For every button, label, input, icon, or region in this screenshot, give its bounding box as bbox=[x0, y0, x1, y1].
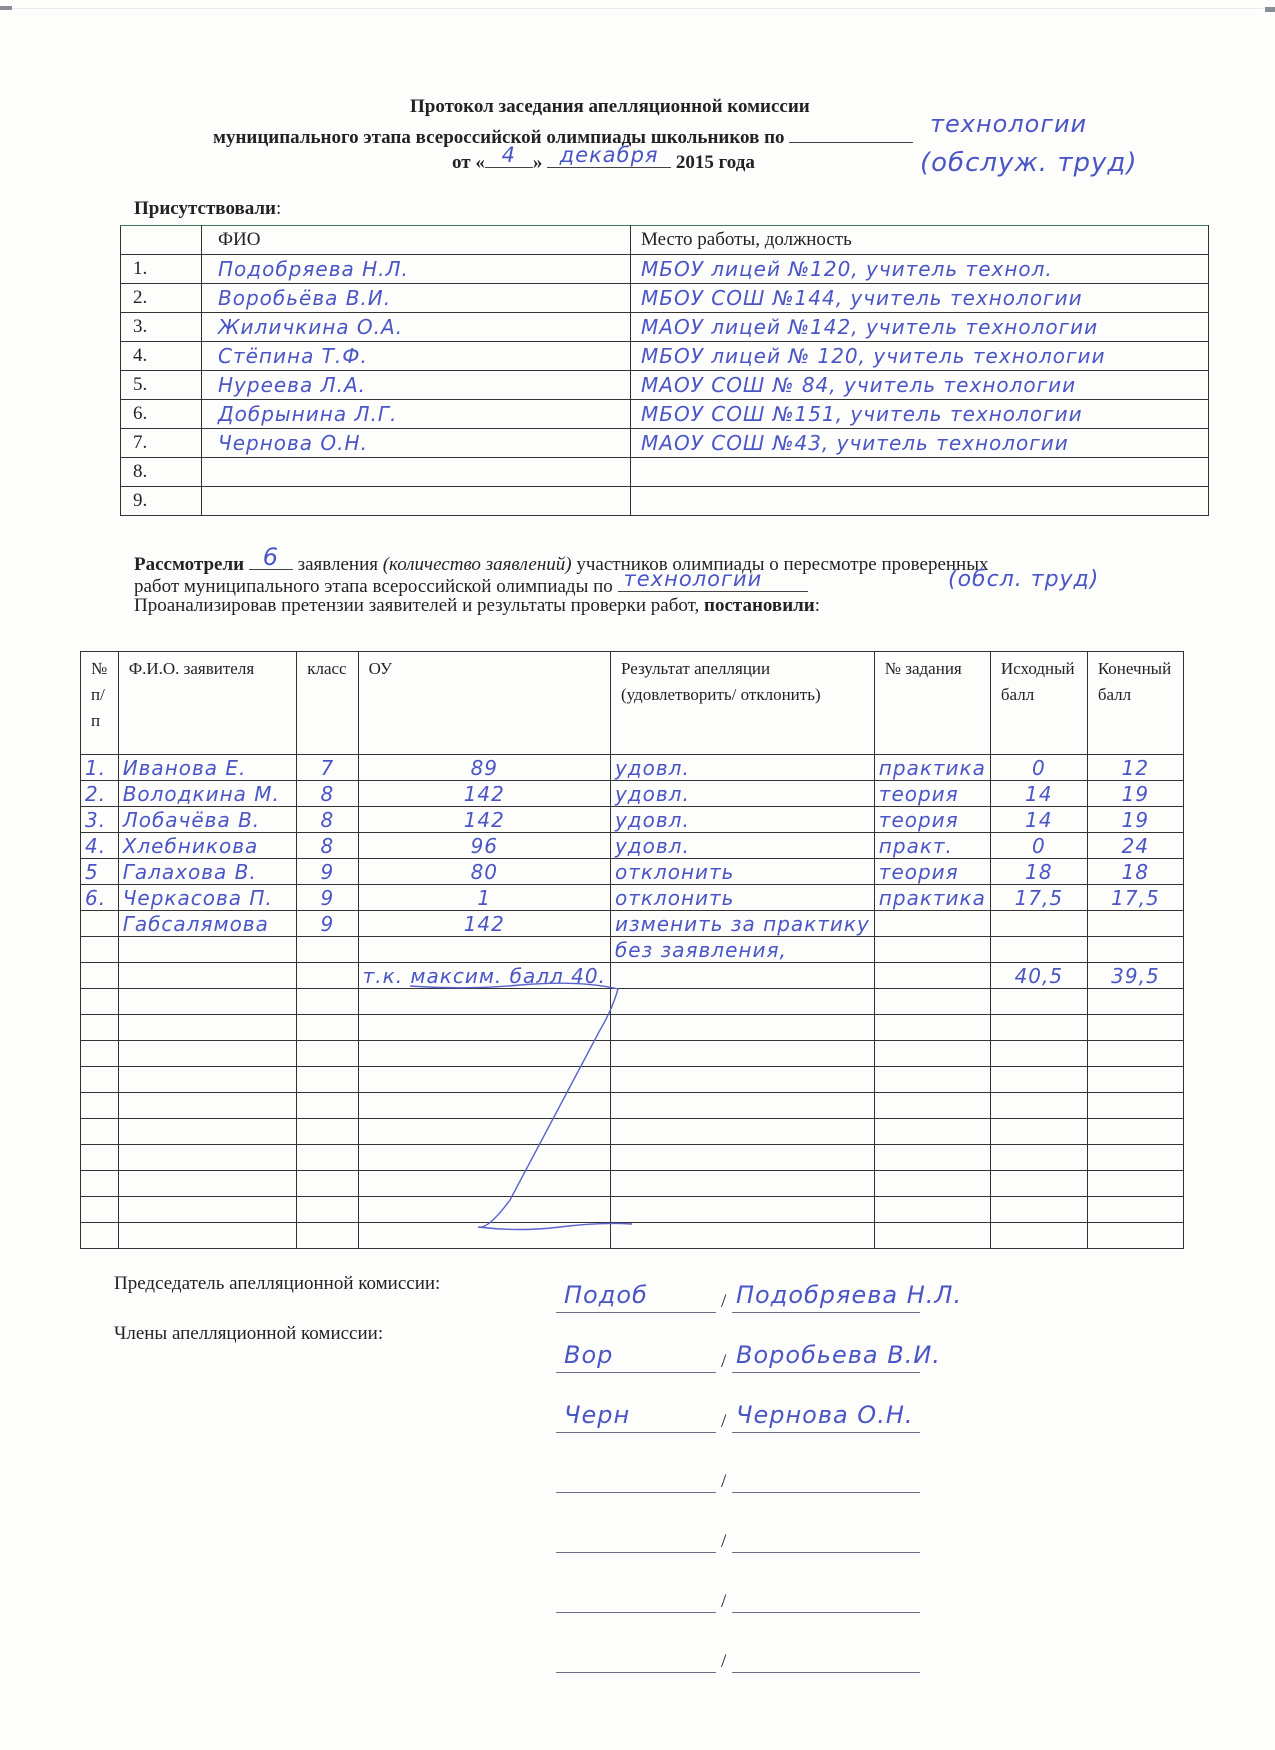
date-mid: » bbox=[533, 152, 543, 173]
appeal-name: Галахова В. bbox=[118, 859, 297, 885]
appeal-result bbox=[610, 1171, 874, 1197]
appeal-grade bbox=[297, 989, 358, 1015]
day-handwritten: 4 bbox=[485, 143, 533, 167]
col-header-result: Результат апелляции (удовлетворить/ откл… bbox=[610, 652, 874, 755]
appeal-row bbox=[81, 989, 1184, 1015]
appeal-result bbox=[610, 1223, 874, 1249]
appeal-name bbox=[118, 1145, 297, 1171]
appeal-row: 1.Иванова Е.789удовл.практика012 bbox=[81, 755, 1184, 781]
appeal-final: 18 bbox=[1087, 859, 1183, 885]
appeal-row bbox=[81, 1093, 1184, 1119]
attendee-name: Чернова О.Н. bbox=[202, 429, 631, 458]
attendee-row: 5.Нуреева Л.А.МАОУ СОШ № 84, учитель тех… bbox=[121, 371, 1209, 400]
appeal-num: 2. bbox=[81, 781, 119, 807]
appeal-row: без заявления, bbox=[81, 937, 1184, 963]
appeal-result bbox=[610, 1093, 874, 1119]
appeal-task bbox=[874, 989, 990, 1015]
appeal-name bbox=[118, 937, 297, 963]
col-header-applicant-name: Ф.И.О. заявителя bbox=[118, 652, 297, 755]
appeal-num bbox=[81, 1041, 119, 1067]
name-line bbox=[732, 1642, 920, 1673]
appeal-task bbox=[874, 1015, 990, 1041]
appeal-num bbox=[81, 911, 119, 937]
appeal-school: 142 bbox=[358, 911, 610, 937]
appeal-name bbox=[118, 989, 297, 1015]
signature-line bbox=[556, 1582, 716, 1613]
appeal-school bbox=[358, 1119, 610, 1145]
appeal-name bbox=[118, 963, 297, 989]
attendee-workplace: МБОУ лицей №120, учитель технол. bbox=[631, 255, 1209, 284]
appeal-name: Лобачёва В. bbox=[118, 807, 297, 833]
appeal-name: Габсалямова bbox=[118, 911, 297, 937]
attendee-num: 1. bbox=[121, 255, 202, 284]
appeal-result: отклонить bbox=[610, 885, 874, 911]
appeal-task bbox=[874, 1145, 990, 1171]
col-header-initial-score: Исходный балл bbox=[990, 652, 1087, 755]
appeal-grade: 9 bbox=[297, 911, 358, 937]
appeal-school bbox=[358, 1093, 610, 1119]
appeal-num: 1. bbox=[81, 755, 119, 781]
signature-separator: / bbox=[721, 1351, 726, 1373]
name-line: Воробьева В.И. bbox=[732, 1342, 920, 1373]
appeal-result bbox=[610, 1145, 874, 1171]
appeal-num bbox=[81, 963, 119, 989]
scan-edge-mark bbox=[1265, 7, 1275, 12]
attendee-workplace: МАОУ СОШ № 84, учитель технологии bbox=[631, 371, 1209, 400]
attendee-workplace: МБОУ СОШ №151, учитель технологии bbox=[631, 400, 1209, 429]
appeal-num: 3. bbox=[81, 807, 119, 833]
attendee-name bbox=[202, 458, 631, 487]
appeal-school: 142 bbox=[358, 807, 610, 833]
appeal-school: т.к. максим. балл 40. bbox=[358, 963, 610, 989]
appeal-school bbox=[358, 1171, 610, 1197]
appeal-grade: 9 bbox=[297, 859, 358, 885]
appeal-num bbox=[81, 1119, 119, 1145]
count-blank: 6 bbox=[249, 547, 293, 570]
appeal-row: 2.Володкина М.8142удовл.теория1419 bbox=[81, 781, 1184, 807]
appeal-initial: 14 bbox=[990, 781, 1087, 807]
appeal-name bbox=[118, 1067, 297, 1093]
signature-line: Вор bbox=[556, 1342, 716, 1373]
appeal-final: 24 bbox=[1087, 833, 1183, 859]
appeal-grade: 9 bbox=[297, 885, 358, 911]
appeal-row: Габсалямова9142изменить за практику bbox=[81, 911, 1184, 937]
appeal-final bbox=[1087, 1015, 1183, 1041]
appeal-initial bbox=[990, 1041, 1087, 1067]
appeal-task bbox=[874, 1093, 990, 1119]
appeal-result: изменить за практику bbox=[610, 911, 874, 937]
appeal-task: теория bbox=[874, 781, 990, 807]
month-handwritten: декабря bbox=[547, 143, 671, 167]
appeal-school bbox=[358, 1145, 610, 1171]
appeal-final bbox=[1087, 937, 1183, 963]
day-blank: 4 bbox=[485, 147, 533, 168]
signature-row: / bbox=[556, 1463, 920, 1493]
name-line bbox=[732, 1582, 920, 1613]
appeal-num bbox=[81, 1145, 119, 1171]
signature-line: Черн bbox=[556, 1402, 716, 1433]
signatory-name: Чернова О.Н. bbox=[736, 1401, 914, 1429]
appeal-num bbox=[81, 1223, 119, 1249]
appeal-initial bbox=[990, 1119, 1087, 1145]
signature-separator: / bbox=[721, 1651, 726, 1673]
appeal-name bbox=[118, 1015, 297, 1041]
appeal-school bbox=[358, 1067, 610, 1093]
attendee-workplace bbox=[631, 458, 1209, 487]
appeal-row: 6.Черкасова П.91отклонитьпрактика17,517,… bbox=[81, 885, 1184, 911]
appeal-num: 6. bbox=[81, 885, 119, 911]
review-subject-blank: технологии bbox=[618, 571, 808, 592]
appeal-task bbox=[874, 1171, 990, 1197]
appeal-row bbox=[81, 1171, 1184, 1197]
appeal-school bbox=[358, 989, 610, 1015]
attendee-row: 3.Жиличкина О.А.МАОУ лицей №142, учитель… bbox=[121, 313, 1209, 342]
appeal-result bbox=[610, 1197, 874, 1223]
appeals-header-row: № п/пФ.И.О. заявителяклассОУРезультат ап… bbox=[81, 652, 1184, 755]
appeal-final bbox=[1087, 1197, 1183, 1223]
review-subject-extra: (обсл. труд) bbox=[948, 567, 1099, 592]
appeal-school: 80 bbox=[358, 859, 610, 885]
appeal-row bbox=[81, 1015, 1184, 1041]
appeal-school bbox=[358, 1223, 610, 1249]
appeal-row bbox=[81, 1223, 1184, 1249]
appeal-initial bbox=[990, 1145, 1087, 1171]
attendee-num: 4. bbox=[121, 342, 202, 371]
appeal-num: 5 bbox=[81, 859, 119, 885]
appeal-final bbox=[1087, 1223, 1183, 1249]
appeal-task bbox=[874, 1041, 990, 1067]
appeal-name bbox=[118, 1223, 297, 1249]
appeal-final: 19 bbox=[1087, 807, 1183, 833]
appeal-initial bbox=[990, 911, 1087, 937]
appeal-name: Черкасова П. bbox=[118, 885, 297, 911]
appeal-initial bbox=[990, 937, 1087, 963]
attendee-num: 2. bbox=[121, 284, 202, 313]
attendee-workplace: МБОУ СОШ №144, учитель технологии bbox=[631, 284, 1209, 313]
appeal-initial bbox=[990, 989, 1087, 1015]
chair-label: Председатель апелляционной комиссии: bbox=[114, 1273, 440, 1295]
appeal-task: практ. bbox=[874, 833, 990, 859]
appeal-task: теория bbox=[874, 859, 990, 885]
appeal-final bbox=[1087, 1067, 1183, 1093]
signature-line bbox=[556, 1522, 716, 1553]
appeal-final bbox=[1087, 1145, 1183, 1171]
scan-top-edge bbox=[12, 8, 1263, 9]
appeal-name: Иванова Е. bbox=[118, 755, 297, 781]
attendees-header-row: ФИО Место работы, должность bbox=[121, 226, 1209, 255]
col-header-grade: класс bbox=[297, 652, 358, 755]
appeal-final: 12 bbox=[1087, 755, 1183, 781]
appeal-initial bbox=[990, 1223, 1087, 1249]
appeal-initial bbox=[990, 1171, 1087, 1197]
subject-handwritten-2: (обслуж. труд) bbox=[920, 148, 1138, 178]
decided-colon: : bbox=[815, 595, 820, 616]
appeal-school bbox=[358, 1015, 610, 1041]
appeal-task bbox=[874, 1197, 990, 1223]
attendee-num: 8. bbox=[121, 458, 202, 487]
appeal-result bbox=[610, 1041, 874, 1067]
appeal-final bbox=[1087, 911, 1183, 937]
appeal-num bbox=[81, 1093, 119, 1119]
name-line bbox=[732, 1462, 920, 1493]
appeal-task bbox=[874, 963, 990, 989]
appeal-name bbox=[118, 1171, 297, 1197]
appeal-school: 89 bbox=[358, 755, 610, 781]
appeal-row bbox=[81, 1041, 1184, 1067]
signatory-name: Подобряева Н.Л. bbox=[736, 1281, 962, 1309]
appeal-num: 4. bbox=[81, 833, 119, 859]
review-line2-text: работ муниципального этапа всероссийской… bbox=[134, 576, 613, 597]
appeal-num bbox=[81, 1015, 119, 1041]
month-blank: декабря bbox=[547, 147, 671, 168]
review-paragraph-line-3: Проанализировав претензии заявителей и р… bbox=[134, 595, 820, 617]
appeal-grade bbox=[297, 1093, 358, 1119]
signatory-name: Воробьева В.И. bbox=[736, 1341, 941, 1369]
appeal-grade bbox=[297, 1015, 358, 1041]
col-header-num bbox=[121, 226, 202, 255]
signature-row: Вор/Воробьева В.И. bbox=[556, 1343, 920, 1373]
appeal-school: 142 bbox=[358, 781, 610, 807]
appeals-table: № п/пФ.И.О. заявителяклассОУРезультат ап… bbox=[80, 651, 1184, 1249]
date-year: 2015 года bbox=[676, 152, 755, 173]
signature-line bbox=[556, 1642, 716, 1673]
signature: Подоб bbox=[564, 1281, 648, 1309]
appeal-initial bbox=[990, 1015, 1087, 1041]
attendee-name: Добрынина Л.Г. bbox=[202, 400, 631, 429]
name-line: Подобряева Н.Л. bbox=[732, 1282, 920, 1313]
signature-separator: / bbox=[721, 1471, 726, 1493]
appeal-final bbox=[1087, 989, 1183, 1015]
col-header-num: № п/п bbox=[81, 652, 119, 755]
appeal-grade bbox=[297, 1171, 358, 1197]
subject-blank bbox=[789, 122, 913, 143]
attendee-name: Нуреева Л.А. bbox=[202, 371, 631, 400]
appeal-initial: 18 bbox=[990, 859, 1087, 885]
attendee-num: 7. bbox=[121, 429, 202, 458]
attendee-workplace: МБОУ лицей № 120, учитель технологии bbox=[631, 342, 1209, 371]
col-header-school: ОУ bbox=[358, 652, 610, 755]
attendee-row: 9. bbox=[121, 487, 1209, 516]
appeal-task bbox=[874, 1119, 990, 1145]
signature-row: Черн/Чернова О.Н. bbox=[556, 1403, 920, 1433]
title-line-3-date: от «4» декабря 2015 года bbox=[452, 147, 755, 174]
appeal-result bbox=[610, 989, 874, 1015]
signature-row: Подоб/Подобряева Н.Л. bbox=[556, 1283, 920, 1313]
attendees-label: Присутствовали: bbox=[134, 198, 281, 220]
appeal-task: практика bbox=[874, 755, 990, 781]
appeal-initial bbox=[990, 1093, 1087, 1119]
appeal-school bbox=[358, 937, 610, 963]
attendee-row: 6.Добрынина Л.Г.МБОУ СОШ №151, учитель т… bbox=[121, 400, 1209, 429]
attendee-name: Подобряева Н.Л. bbox=[202, 255, 631, 284]
members-label: Члены апелляционной комиссии: bbox=[114, 1323, 383, 1345]
review-subject-handwritten: технологии bbox=[618, 567, 808, 591]
attendee-row: 1.Подобряева Н.Л.МБОУ лицей №120, учител… bbox=[121, 255, 1209, 284]
appeal-task: теория bbox=[874, 807, 990, 833]
appeal-final bbox=[1087, 1093, 1183, 1119]
appeal-final bbox=[1087, 1041, 1183, 1067]
appeal-row bbox=[81, 1197, 1184, 1223]
appeal-grade: 8 bbox=[297, 807, 358, 833]
appeal-school: 96 bbox=[358, 833, 610, 859]
appeal-row: 4.Хлебникова896удовл.практ.024 bbox=[81, 833, 1184, 859]
appeal-initial: 0 bbox=[990, 833, 1087, 859]
appeal-final: 39,5 bbox=[1087, 963, 1183, 989]
appeal-grade bbox=[297, 1145, 358, 1171]
attendee-row: 7.Чернова О.Н.МАОУ СОШ №43, учитель техн… bbox=[121, 429, 1209, 458]
appeal-grade bbox=[297, 1041, 358, 1067]
signature-line bbox=[556, 1462, 716, 1493]
attendee-name: Жиличкина О.А. bbox=[202, 313, 631, 342]
appeal-initial bbox=[990, 1067, 1087, 1093]
attendee-num: 5. bbox=[121, 371, 202, 400]
appeal-task bbox=[874, 937, 990, 963]
appeal-initial bbox=[990, 1197, 1087, 1223]
appeal-school: 1 bbox=[358, 885, 610, 911]
signature-separator: / bbox=[721, 1291, 726, 1313]
appeal-result bbox=[610, 1015, 874, 1041]
title-line-1: Протокол заседания апелляционной комисси… bbox=[410, 96, 810, 118]
appeal-grade bbox=[297, 963, 358, 989]
attendee-row: 8. bbox=[121, 458, 1209, 487]
appeal-grade bbox=[297, 937, 358, 963]
appeal-task bbox=[874, 1223, 990, 1249]
appeal-result: удовл. bbox=[610, 807, 874, 833]
col-header-workplace: Место работы, должность bbox=[631, 226, 1209, 255]
appeal-num bbox=[81, 1171, 119, 1197]
signature-separator: / bbox=[721, 1531, 726, 1553]
appeal-result: удовл. bbox=[610, 755, 874, 781]
appeal-result: отклонить bbox=[610, 859, 874, 885]
appeal-final bbox=[1087, 1119, 1183, 1145]
col-header-fio: ФИО bbox=[202, 226, 631, 255]
signature-row: / bbox=[556, 1523, 920, 1553]
appeal-initial: 14 bbox=[990, 807, 1087, 833]
appeal-row bbox=[81, 1145, 1184, 1171]
appeal-name bbox=[118, 1041, 297, 1067]
review-line3-text: Проанализировав претензии заявителей и р… bbox=[134, 595, 699, 616]
appeal-final bbox=[1087, 1171, 1183, 1197]
appeal-name: Володкина М. bbox=[118, 781, 297, 807]
attendee-workplace bbox=[631, 487, 1209, 516]
count-handwritten: 6 bbox=[249, 543, 293, 571]
name-line: Чернова О.Н. bbox=[732, 1402, 920, 1433]
appeal-num bbox=[81, 989, 119, 1015]
attendees-table: ФИО Место работы, должность 1.Подобряева… bbox=[120, 225, 1209, 516]
appeal-name bbox=[118, 1119, 297, 1145]
appeal-initial: 17,5 bbox=[990, 885, 1087, 911]
appeal-result: удовл. bbox=[610, 781, 874, 807]
appeal-result bbox=[610, 963, 874, 989]
name-line bbox=[732, 1522, 920, 1553]
appeal-grade: 8 bbox=[297, 781, 358, 807]
attendee-num: 3. bbox=[121, 313, 202, 342]
col-header-task-number: № задания bbox=[874, 652, 990, 755]
attendee-name bbox=[202, 487, 631, 516]
appeal-initial: 40,5 bbox=[990, 963, 1087, 989]
appeal-grade: 7 bbox=[297, 755, 358, 781]
signature-separator: / bbox=[721, 1591, 726, 1613]
signature-line: Подоб bbox=[556, 1282, 716, 1313]
review-paragraph-line-2: работ муниципального этапа всероссийской… bbox=[134, 571, 808, 598]
appeal-result: удовл. bbox=[610, 833, 874, 859]
appeal-num bbox=[81, 1197, 119, 1223]
signature-separator: / bbox=[721, 1411, 726, 1433]
col-header-final-score: Конечный балл bbox=[1087, 652, 1183, 755]
attendee-name: Воробьёва В.И. bbox=[202, 284, 631, 313]
signature-row: / bbox=[556, 1583, 920, 1613]
appeal-school bbox=[358, 1041, 610, 1067]
attendee-workplace: МАОУ СОШ №43, учитель технологии bbox=[631, 429, 1209, 458]
appeal-name: Хлебникова bbox=[118, 833, 297, 859]
appeal-row bbox=[81, 1067, 1184, 1093]
appeal-grade bbox=[297, 1223, 358, 1249]
appeal-row: 5Галахова В.980отклонитьтеория1818 bbox=[81, 859, 1184, 885]
appeal-num bbox=[81, 937, 119, 963]
appeal-task bbox=[874, 911, 990, 937]
appeal-row bbox=[81, 1119, 1184, 1145]
appeal-grade: 8 bbox=[297, 833, 358, 859]
appeal-result bbox=[610, 1067, 874, 1093]
appeal-grade bbox=[297, 1067, 358, 1093]
signature: Черн bbox=[564, 1401, 630, 1429]
signature-row: / bbox=[556, 1643, 920, 1673]
appeal-row: 3.Лобачёва В.8142удовл.теория1419 bbox=[81, 807, 1184, 833]
appeal-initial: 0 bbox=[990, 755, 1087, 781]
appeal-grade bbox=[297, 1197, 358, 1223]
decided-label: постановили bbox=[704, 595, 815, 616]
appeal-school bbox=[358, 1197, 610, 1223]
appeal-grade bbox=[297, 1119, 358, 1145]
signature: Вор bbox=[564, 1341, 613, 1369]
appeal-result bbox=[610, 1119, 874, 1145]
appeal-task: практика bbox=[874, 885, 990, 911]
appeal-final: 19 bbox=[1087, 781, 1183, 807]
appeal-name bbox=[118, 1197, 297, 1223]
attendee-row: 2.Воробьёва В.И.МБОУ СОШ №144, учитель т… bbox=[121, 284, 1209, 313]
appeal-name bbox=[118, 1093, 297, 1119]
subject-handwritten-1: технологии bbox=[930, 110, 1087, 138]
attendee-workplace: МАОУ лицей №142, учитель технологии bbox=[631, 313, 1209, 342]
date-prefix: от « bbox=[452, 152, 485, 173]
appeal-result: без заявления, bbox=[610, 937, 874, 963]
appeal-num bbox=[81, 1067, 119, 1093]
appeal-final: 17,5 bbox=[1087, 885, 1183, 911]
attendee-name: Стёпина Т.Ф. bbox=[202, 342, 631, 371]
appeal-row: т.к. максим. балл 40.40,539,5 bbox=[81, 963, 1184, 989]
attendee-num: 6. bbox=[121, 400, 202, 429]
attendee-num: 9. bbox=[121, 487, 202, 516]
appeal-task bbox=[874, 1067, 990, 1093]
attendee-row: 4.Стёпина Т.Ф.МБОУ лицей № 120, учитель … bbox=[121, 342, 1209, 371]
scan-edge-mark bbox=[0, 6, 12, 10]
